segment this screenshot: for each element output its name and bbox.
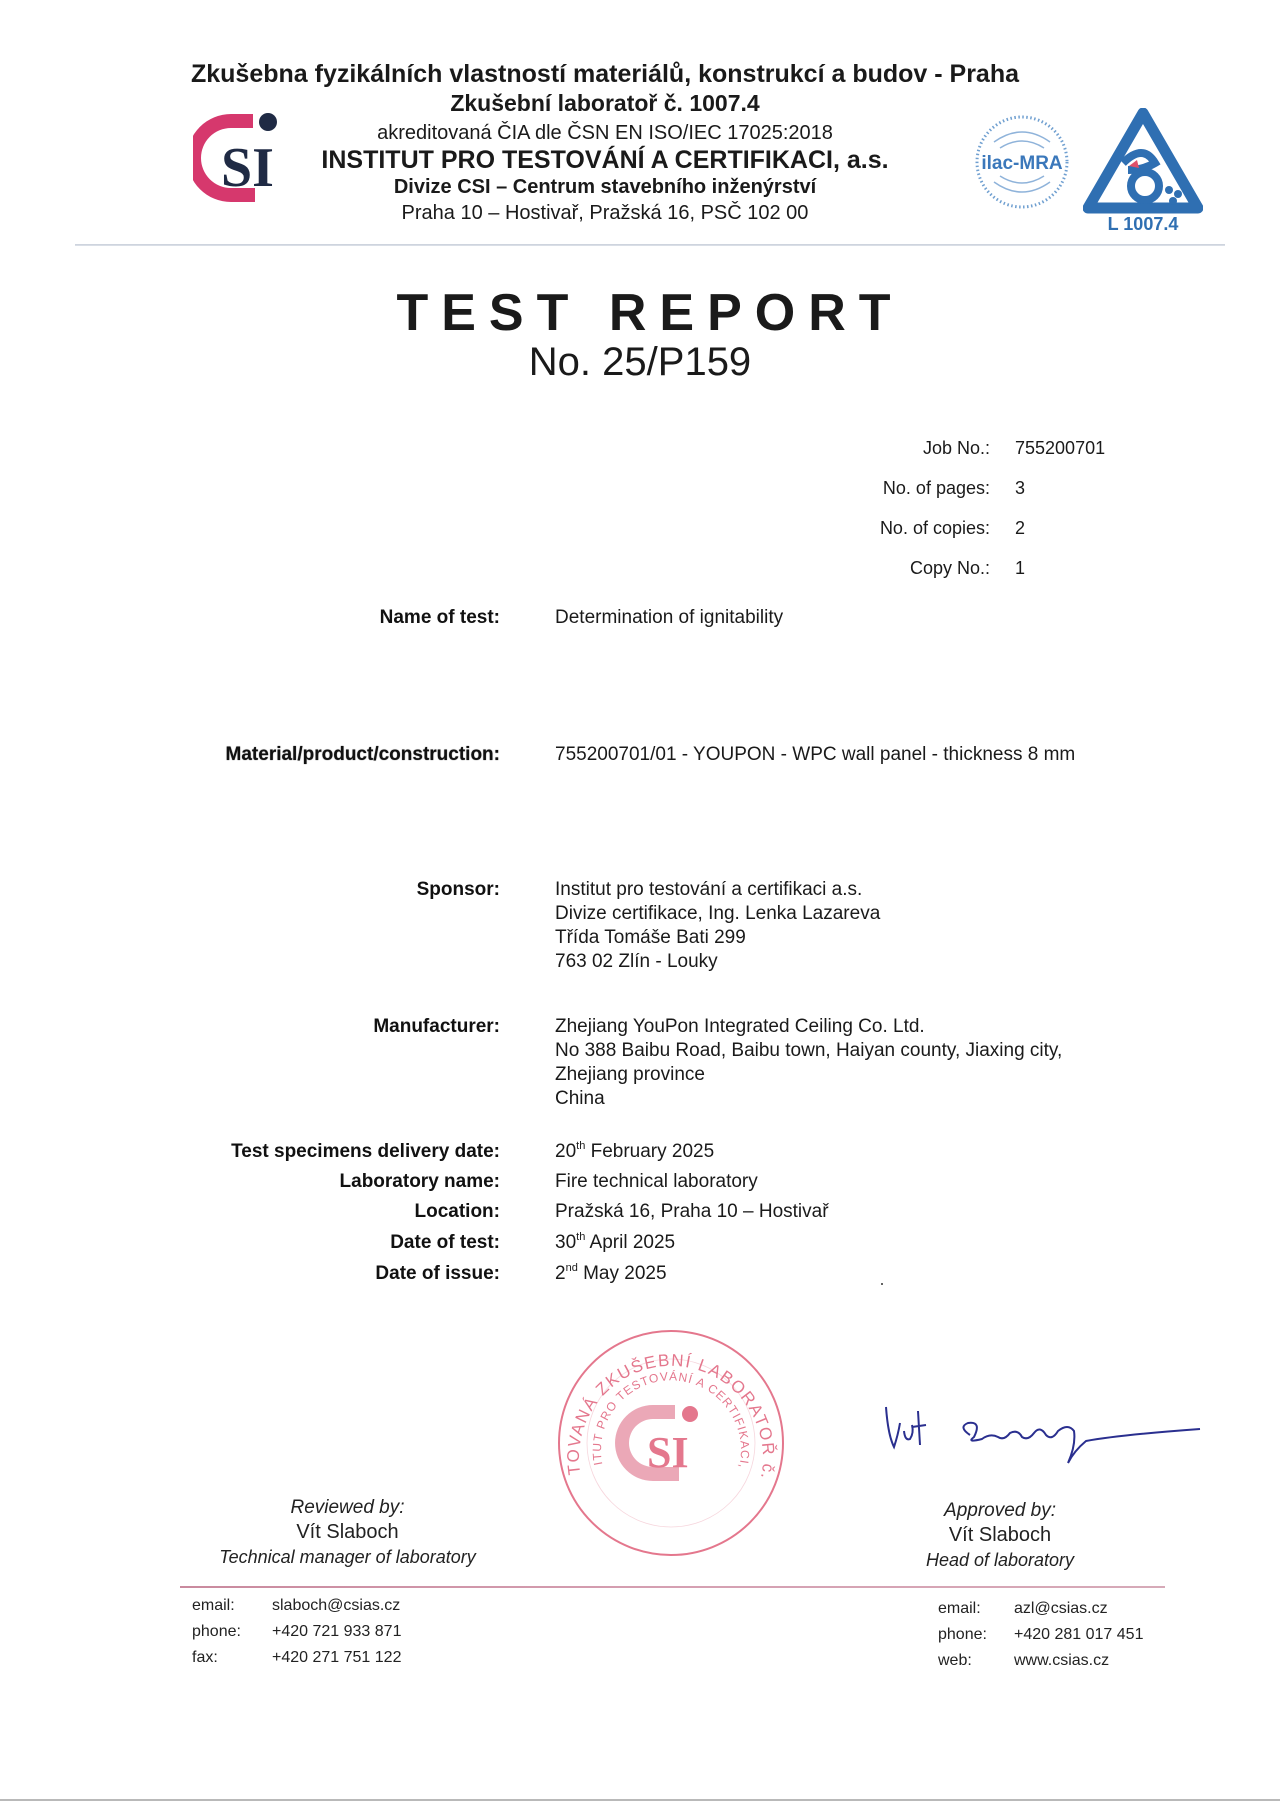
svg-text:ilac-MRA: ilac-MRA xyxy=(981,153,1063,174)
approved-by-block: Approved by: Vít Slaboch Head of laborat… xyxy=(900,1498,1100,1573)
field-value: 755200701/01 - YOUPON - WPC wall panel -… xyxy=(555,743,1075,767)
reviewer-title: Technical manager of laboratory xyxy=(190,1545,505,1570)
date-suffix: th xyxy=(576,1231,585,1243)
report-title: TEST REPORT xyxy=(0,283,1280,343)
field-label: Laboratory name: xyxy=(340,1170,500,1194)
date-day: 30 xyxy=(555,1232,576,1253)
manufacturer-line: No 388 Baibu Road, Baibu town, Haiyan co… xyxy=(555,1039,1062,1063)
sponsor-line: Třída Tomáše Bati 299 xyxy=(555,926,880,950)
header-divider xyxy=(75,244,1225,246)
svg-text:SI: SI xyxy=(647,1428,689,1477)
contact-label: fax: xyxy=(192,1645,218,1671)
contact-fax: +420 271 751 122 xyxy=(272,1645,401,1671)
contact-row-phone: phone: +420 281 017 451 xyxy=(938,1622,1198,1648)
field-value: Zhejiang YouPon Integrated Ceiling Co. L… xyxy=(555,1015,1062,1111)
contact-label: email: xyxy=(192,1593,235,1619)
contact-label: email: xyxy=(938,1596,981,1622)
field-label: Manufacturer: xyxy=(373,1015,500,1039)
meta-row-pages: No. of pages: 3 xyxy=(800,478,1200,502)
meta-label: No. of pages: xyxy=(883,478,990,499)
signature-divider xyxy=(180,1586,1165,1588)
contact-phone: +420 281 017 451 xyxy=(1014,1622,1143,1648)
page-bottom-edge xyxy=(0,1799,1280,1801)
manufacturer-line: Zhejiang YouPon Integrated Ceiling Co. L… xyxy=(555,1015,1062,1039)
field-label: Test specimens delivery date: xyxy=(231,1140,500,1164)
contact-label: phone: xyxy=(192,1619,241,1645)
sponsor-line: Divize certifikace, Ing. Lenka Lazareva xyxy=(555,902,880,926)
meta-row-copy-no: Copy No.: 1 xyxy=(800,558,1200,582)
approver-name: Vít Slaboch xyxy=(900,1523,1100,1548)
meta-label: Copy No.: xyxy=(910,558,990,579)
laboratory-stamp-icon: AKREDITOVANÁ ZKUŠEBNÍ LABORATOŘ č. 1007.… xyxy=(555,1327,787,1559)
sponsor-line: 763 02 Zlín - Louky xyxy=(555,950,880,974)
field-label: Date of test: xyxy=(390,1231,500,1255)
date-suffix: nd xyxy=(566,1262,578,1274)
header-lab-name: Zkušebna fyzikálních vlastností materiál… xyxy=(0,60,1245,89)
field-value: Determination of ignitability xyxy=(555,606,783,630)
manufacturer-line: Zhejiang province xyxy=(555,1063,1062,1087)
meta-label: No. of copies: xyxy=(880,518,990,539)
sponsor-line: Institut pro testování a certifikaci a.s… xyxy=(555,878,880,902)
field-label: Material/product/construction: xyxy=(226,743,500,767)
accreditation-triangle-icon: L 1007.4 xyxy=(1083,108,1203,233)
svg-text:L 1007.4: L 1007.4 xyxy=(1108,214,1179,233)
reviewer-name: Vít Slaboch xyxy=(190,1520,505,1545)
field-value: Institut pro testování a certifikaci a.s… xyxy=(555,878,880,974)
reviewer-contacts: email: slaboch@csias.cz phone: +420 721 … xyxy=(192,1593,492,1673)
contact-row-fax: fax: +420 271 751 122 xyxy=(192,1645,492,1671)
field-value: Fire technical laboratory xyxy=(555,1170,758,1194)
signature-icon xyxy=(878,1395,1208,1475)
date-rest: May 2025 xyxy=(578,1263,667,1284)
ilac-mra-logo-icon: ilac-MRA xyxy=(972,112,1072,212)
field-label: Location: xyxy=(415,1200,501,1224)
meta-value: 1 xyxy=(1015,558,1025,579)
contact-phone: +420 721 933 871 xyxy=(272,1619,401,1645)
contact-row-email: email: slaboch@csias.cz xyxy=(192,1593,492,1619)
meta-row-job-no: Job No.: 755200701 xyxy=(800,438,1200,462)
meta-label: Job No.: xyxy=(923,438,990,459)
manufacturer-line: China xyxy=(555,1087,1062,1111)
reviewed-by-block: Reviewed by: Vít Slaboch Technical manag… xyxy=(190,1495,505,1570)
contact-row-phone: phone: +420 721 933 871 xyxy=(192,1619,492,1645)
field-value: 20th February 2025 xyxy=(555,1140,714,1164)
contact-row-email: email: azl@csias.cz xyxy=(938,1596,1198,1622)
date-rest: February 2025 xyxy=(585,1141,714,1162)
meta-value: 2 xyxy=(1015,518,1025,539)
field-value: Pražská 16, Praha 10 – Hostivař xyxy=(555,1200,829,1224)
scan-speck xyxy=(881,1283,883,1285)
field-label: Name of test: xyxy=(380,606,500,630)
contact-row-web: web: www.csias.cz xyxy=(938,1648,1198,1674)
reviewed-by-label: Reviewed by: xyxy=(190,1495,505,1520)
contact-email-link[interactable]: azl@csias.cz xyxy=(1014,1596,1108,1622)
meta-row-copies: No. of copies: 2 xyxy=(800,518,1200,542)
contact-email-link[interactable]: slaboch@csias.cz xyxy=(272,1593,400,1619)
approver-title: Head of laboratory xyxy=(900,1548,1100,1573)
date-suffix: th xyxy=(576,1140,585,1152)
contact-label: phone: xyxy=(938,1622,987,1648)
field-label: Sponsor: xyxy=(417,878,500,902)
date-day: 2 xyxy=(555,1263,566,1284)
field-value: 30th April 2025 xyxy=(555,1231,675,1255)
contact-web-link[interactable]: www.csias.cz xyxy=(1014,1648,1109,1674)
meta-value: 3 xyxy=(1015,478,1025,499)
field-value: 2nd May 2025 xyxy=(555,1262,667,1286)
date-day: 20 xyxy=(555,1141,576,1162)
approved-by-label: Approved by: xyxy=(900,1498,1100,1523)
field-label: Date of issue: xyxy=(375,1262,500,1286)
approver-contacts: email: azl@csias.cz phone: +420 281 017 … xyxy=(938,1596,1198,1676)
report-number: No. 25/P159 xyxy=(0,340,1280,385)
date-rest: April 2025 xyxy=(585,1232,675,1253)
contact-label: web: xyxy=(938,1648,972,1674)
meta-value: 755200701 xyxy=(1015,438,1105,459)
